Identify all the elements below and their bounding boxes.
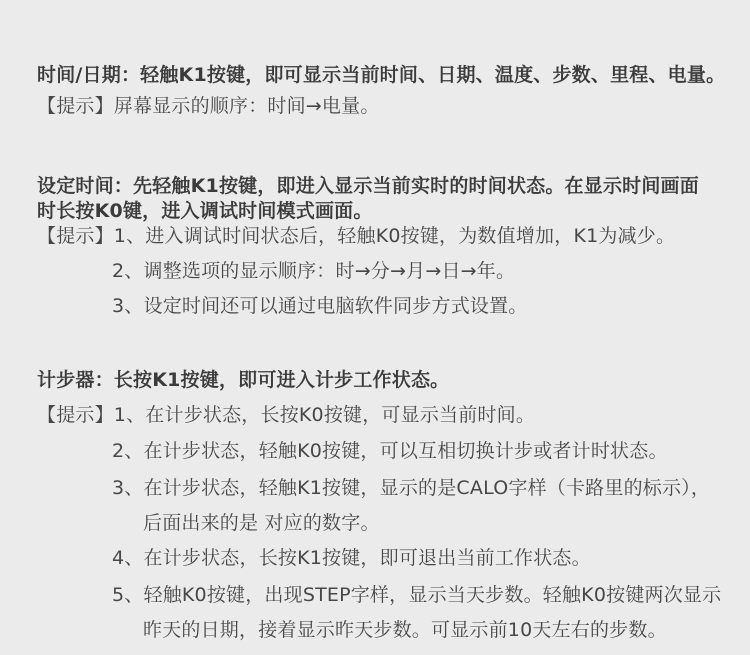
tip-set-time-item2: 2、调整选项的显示顺序：时→分→月→日→年。	[112, 260, 515, 282]
tip-set-time-item3: 3、设定时间还可以通过电脑软件同步方式设置。	[112, 295, 528, 317]
heading-set-time-line1: 设定时间：先轻触K1按键，即进入显示当前实时的时间状态。在显示时间画面	[37, 175, 699, 197]
heading-pedometer: 计步器：长按K1按键，即可进入计步工作状态。	[37, 369, 449, 391]
tip-pedometer-item2: 2、在计步状态，轻触K0按键，可以互相切换计步或者计时状态。	[112, 440, 668, 462]
tip-pedometer-item5-line2: 昨天的日期，接着显示昨天步数。可显示前10天左右的步数。	[143, 619, 667, 641]
heading-set-time-line2: 时长按K0键，进入调试时间模式画面。	[37, 200, 373, 222]
tip-time-date: 【提示】屏幕显示的顺序：时间→电量。	[37, 95, 380, 117]
tip-pedometer-item1: 【提示】1、在计步状态，长按K0按键，可显示当前时间。	[37, 404, 535, 426]
tip-pedometer-item4: 4、在计步状态，长按K1按键，即可退出当前工作状态。	[112, 547, 591, 569]
tip-set-time-item1: 【提示】1、进入调试时间状态后，轻触K0按键，为数值增加，K1为减少。	[37, 225, 675, 247]
tip-pedometer-item5-line1: 5、轻触K0按键，出现STEP字样，显示当天步数。轻触K0按键两次显示	[112, 584, 721, 606]
tip-pedometer-item3-line2: 后面出来的是 对应的数字。	[143, 512, 380, 534]
instruction-page: 时间/日期：轻触K1按键，即可显示当前时间、日期、温度、步数、里程、电量。 【提…	[0, 0, 750, 655]
heading-time-date: 时间/日期：轻触K1按键，即可显示当前时间、日期、温度、步数、里程、电量。	[37, 64, 725, 86]
tip-pedometer-item3-line1: 3、在计步状态，轻触K1按键，显示的是CALO字样（卡路里的标示），	[112, 477, 710, 499]
